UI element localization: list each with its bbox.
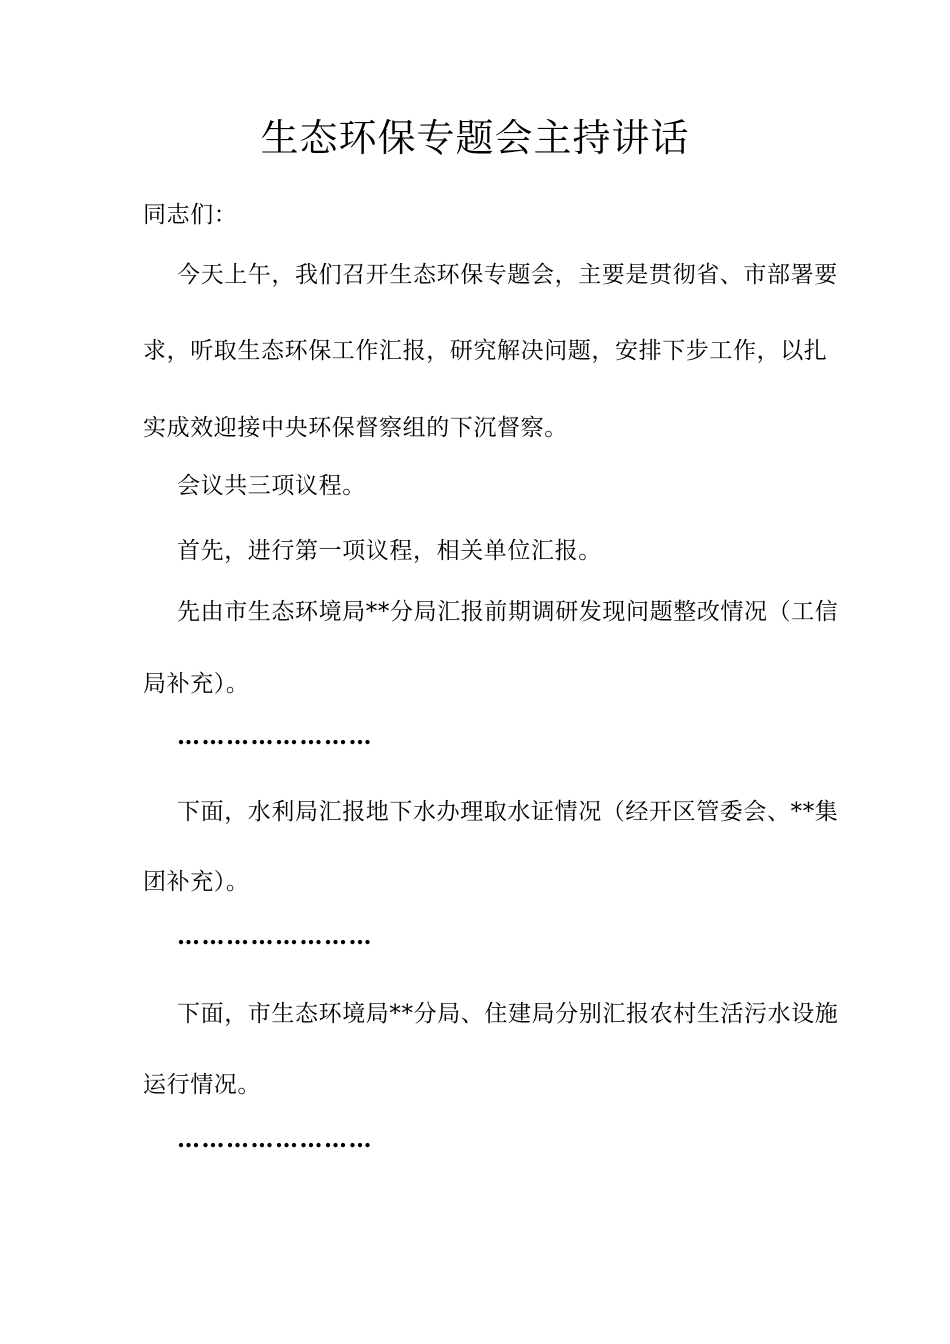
- opening-paragraph-line-2: 求，听取生态环保工作汇报，研究解决问题，安排下步工作，以扎: [143, 336, 863, 366]
- first-agenda-item-line: 首先，进行第一项议程，相关单位汇报。: [143, 536, 897, 566]
- report-water-bureau-line-2: 团补充）。: [143, 867, 863, 897]
- opening-paragraph-line-3: 实成效迎接中央环保督察组的下沉督察。: [143, 413, 863, 443]
- document-page: 生态环保专题会主持讲话 同志们： 今天上午，我们召开生态环保专题会，主要是贯彻省…: [0, 0, 950, 1344]
- salutation-line: 同志们：: [143, 200, 863, 230]
- opening-paragraph-line-1: 今天上午，我们召开生态环保专题会，主要是贯彻省、市部署要: [143, 260, 897, 290]
- report-water-bureau-line-1: 下面，水利局汇报地下水办理取水证情况（经开区管委会、**集: [143, 797, 897, 827]
- ellipsis-placeholder-3: ……………………: [143, 1125, 897, 1155]
- document-title: 生态环保专题会主持讲话: [143, 114, 807, 162]
- report-sewage-line-2: 运行情况。: [143, 1070, 863, 1100]
- ellipsis-placeholder-2: ……………………: [143, 922, 897, 952]
- report-env-bureau-line-1: 先由市生态环境局**分局汇报前期调研发现问题整改情况（工信: [143, 597, 897, 627]
- report-env-bureau-line-2: 局补充）。: [143, 669, 863, 699]
- ellipsis-placeholder-1: ……………………: [143, 722, 897, 752]
- report-sewage-line-1: 下面，市生态环境局**分局、住建局分别汇报农村生活污水设施: [143, 999, 897, 1029]
- agenda-count-line: 会议共三项议程。: [143, 471, 897, 501]
